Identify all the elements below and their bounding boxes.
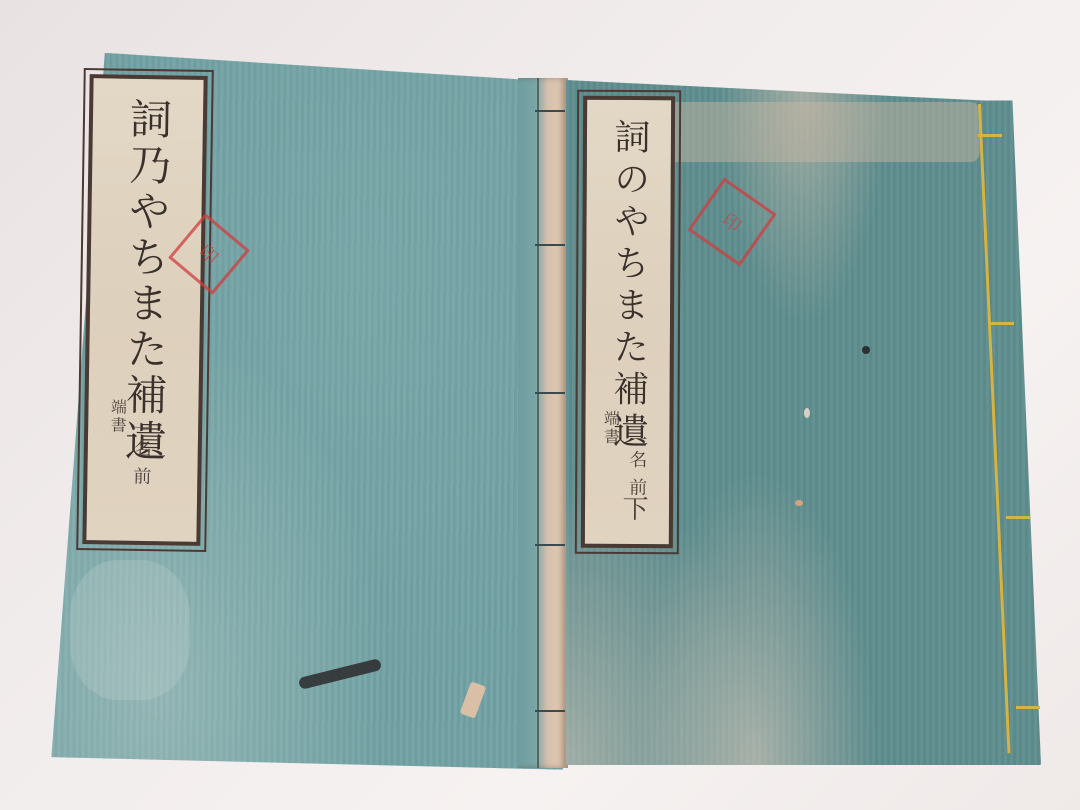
photo-scene: 詞乃やちまた補遺 一名 前 端書 印 詞のやちまた補遺 一名 前 端書 下 印 [0,0,1080,810]
left-side-note-text: 端書 [106,398,130,434]
left-subtitle-text: 一名 前 [127,419,154,487]
small-mark [804,408,810,418]
small-mark [862,346,870,354]
wear-stain [70,560,190,700]
cover-wear [660,102,980,162]
spine-stitch [535,110,565,112]
right-subtitle-text: 一名 前 [623,430,649,498]
spine-stitch [535,392,565,394]
right-volume-text: 下 [615,495,652,523]
left-title-slip: 詞乃やちまた補遺 一名 前 端書 [82,74,207,546]
spine-stitch [535,544,565,546]
binding-stitch [1016,706,1040,709]
right-title-slip: 詞のやちまた補遺 一名 前 端書 下 [581,96,675,548]
binding-stitch [990,322,1014,325]
right-side-note-text: 端書 [599,410,622,446]
spine-stitch [535,244,565,246]
right-title-text: 詞のやちまた補遺 [609,118,647,454]
spine-stitch [535,710,565,712]
binding-stitch [1006,516,1030,519]
small-mark [795,500,803,506]
binding-stitch [978,134,1002,137]
spine-thread-line [537,78,539,768]
left-book-spine [518,78,568,768]
